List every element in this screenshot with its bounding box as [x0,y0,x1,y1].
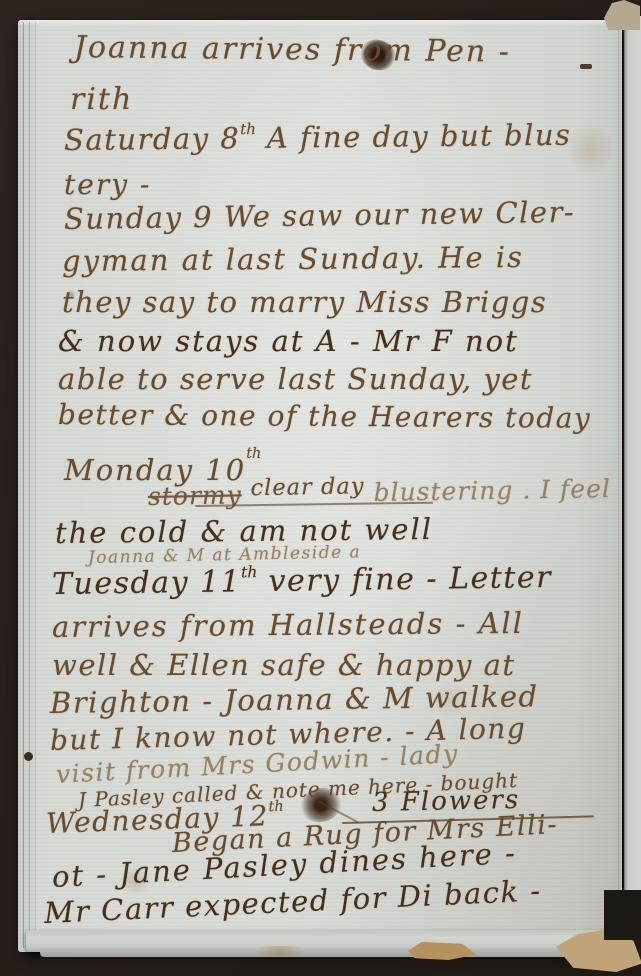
superscript-th: th [246,446,261,462]
fold-line [35,22,36,948]
manuscript-line: Joanna arrives from Pen - [74,30,511,70]
manuscript-line: Saturday 8th A fine day but blus [64,117,572,157]
manuscript-line: better & one of the Hearers today [58,398,591,435]
manuscript-line: they say to marry Miss Briggs [62,285,547,319]
inserted-word: clear day [250,473,364,501]
superscript-th: th [268,798,284,816]
manuscript-line: tery - [64,168,151,201]
manuscript-line: & now stays at A - Mr F not [58,324,519,358]
cover-gap [604,890,641,940]
manuscript-line: able to serve last Sunday, yet [58,362,533,396]
manuscript-line: Sunday 9 We saw our new Cler- [64,195,576,236]
manuscript-line: well & Ellen safe & happy at [52,648,516,682]
manuscript-line: Tuesday 11th very fine - Letter [52,559,552,602]
fold-line [23,22,24,948]
superscript-th: th [240,120,256,138]
fold-line [29,22,30,948]
superscript-th: th [241,563,258,581]
manuscript-line: gyman at last Sunday. He is [62,240,524,278]
page-top-edge [18,20,622,26]
adjacent-page-edge [624,16,641,932]
manuscript-line: arrives from Hallsteads - All [52,606,524,644]
under-page-edge [40,948,600,957]
manuscript-photo: Joanna arrives from Pen - rith Saturday … [0,0,641,976]
page-crease [618,22,619,948]
manuscript-line: rith [70,82,133,117]
